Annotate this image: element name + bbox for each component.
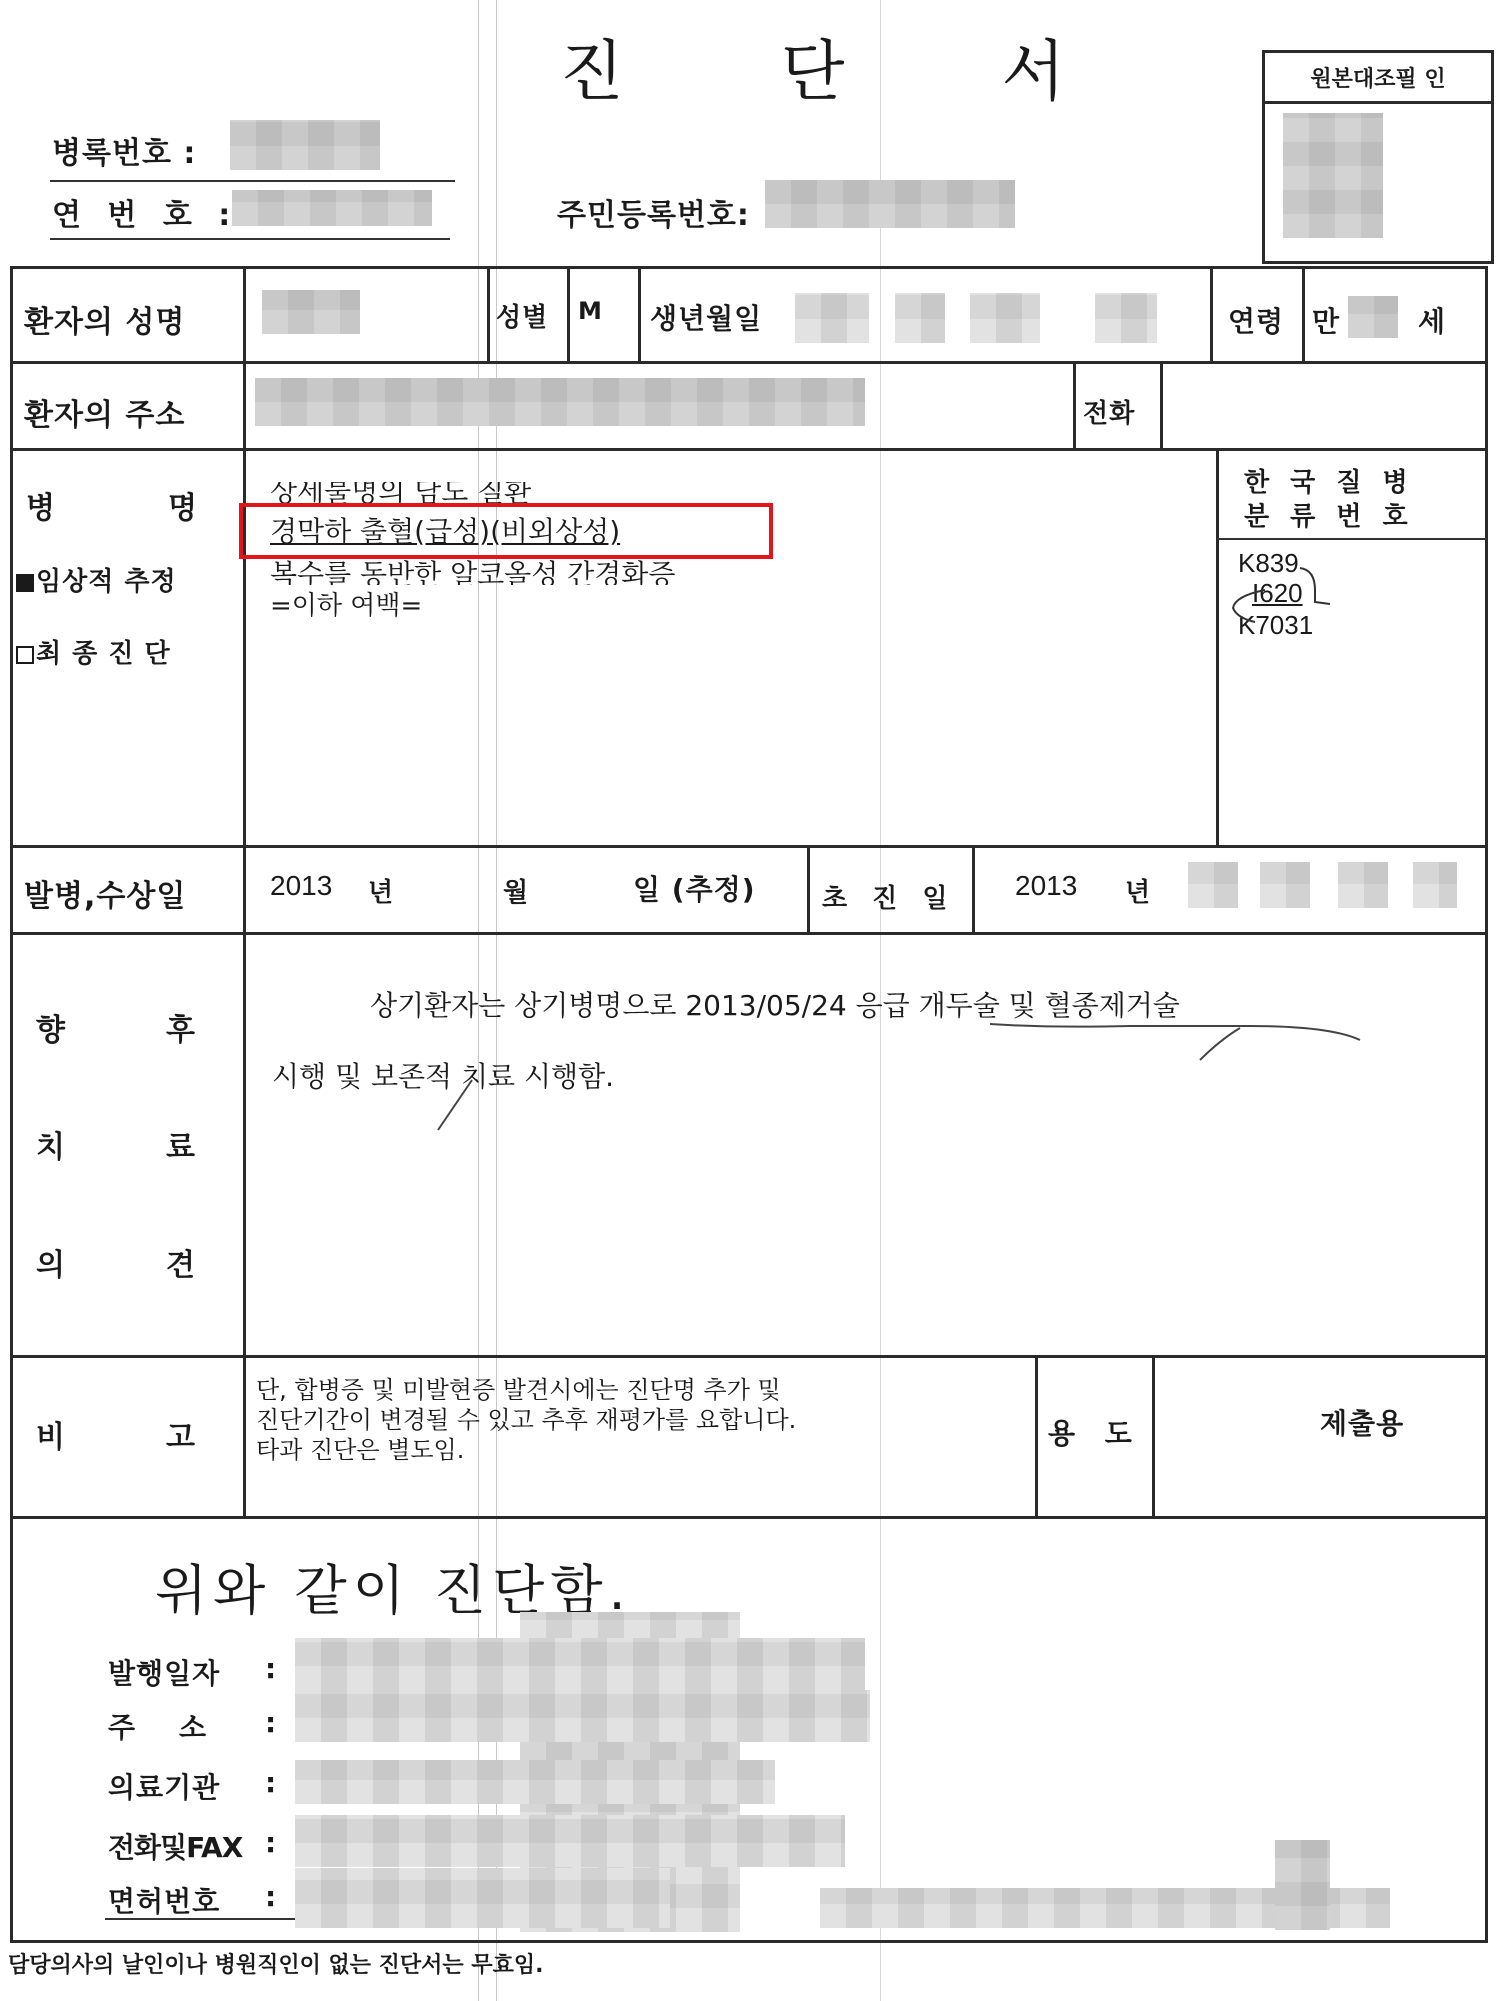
label-char: 비 <box>36 1412 66 1456</box>
sex-label: 성별 <box>496 297 548 334</box>
handwritten-bracket-mark <box>1215 560 1345 630</box>
table-border <box>10 1516 1488 1519</box>
table-border <box>10 266 1488 269</box>
table-divider <box>567 266 570 362</box>
first-visit-year: 2013 <box>1015 870 1077 902</box>
label-char: 후 <box>166 1005 196 1049</box>
table-divider <box>1216 448 1219 846</box>
colon: : <box>265 1826 277 1859</box>
unchecked-checkbox-icon[interactable] <box>16 646 34 664</box>
treatment-opinion-line1: 상기환자는 상기병명으로 2013/05/24 응급 개두술 및 혈종제거술 <box>370 984 1180 1024</box>
onset-year: 2013 <box>270 870 332 902</box>
table-border <box>10 266 13 1942</box>
age-prefix: 만 <box>1312 300 1340 340</box>
label-char: 치 <box>36 1122 66 1166</box>
colon: : <box>265 1652 277 1685</box>
table-border <box>10 448 1488 451</box>
onset-month-unit: 월 <box>503 872 529 909</box>
address-redacted <box>295 1690 870 1742</box>
table-divider <box>1152 1355 1155 1517</box>
patient-name-redacted <box>262 290 360 334</box>
remarks-line3: 타과 진단은 별도임. <box>256 1430 464 1465</box>
table-divider <box>243 266 246 1516</box>
treatment-label-row1: 향후 <box>36 1005 196 1049</box>
remarks-label: 비고 <box>36 1412 196 1456</box>
diagnosis-highlight-box <box>239 503 773 559</box>
age-suffix: 세 <box>1418 300 1446 340</box>
kcd-header-line1: 한 국 질 병 <box>1244 462 1414 499</box>
underline <box>50 238 450 240</box>
age-redacted <box>1348 296 1398 338</box>
first-visit-date-redacted <box>1188 862 1238 908</box>
phone-fax-redacted <box>295 1815 845 1867</box>
onset-date-label: 발병,수상일 <box>24 871 186 915</box>
birthdate-redacted <box>795 293 869 343</box>
institution-redacted <box>295 1760 775 1804</box>
footer-validity-note: 담당의사의 날인이나 병원직인이 없는 진단서는 무효임. <box>8 1948 543 1979</box>
colon: : <box>265 1706 277 1739</box>
disease-name-label: 병명 <box>26 483 198 527</box>
first-visit-label: 초 진 일 <box>822 878 955 915</box>
disease-name-label-left: 병 <box>26 483 56 527</box>
birthdate-label: 생년월일 <box>650 297 762 337</box>
table-border <box>10 845 1488 848</box>
clinical-estimate-label: 임상적 추정 <box>36 567 177 597</box>
table-border <box>10 932 1488 935</box>
table-divider <box>1035 1355 1038 1517</box>
label-char: 료 <box>166 1122 196 1166</box>
onset-day-unit: 일 (추정) <box>633 868 756 908</box>
table-divider <box>1160 361 1163 449</box>
birthdate-redacted <box>970 293 1040 343</box>
serial-number-label: 연 번 호 : <box>52 190 238 234</box>
first-visit-date-redacted <box>1338 862 1388 908</box>
stamp-box-label: 원본대조필 인 <box>1265 53 1491 104</box>
resident-number-label: 주민등록번호: <box>557 190 750 234</box>
address-label: 주 소 <box>108 1706 207 1746</box>
table-border <box>1485 266 1488 1942</box>
table-border <box>10 1940 1488 1943</box>
table-divider <box>807 845 810 933</box>
clinical-estimate-option[interactable]: 임상적 추정 <box>16 561 177 598</box>
usage-label: 용 도 <box>1048 1412 1142 1452</box>
final-diagnosis-label: 최 종 진 단 <box>36 639 171 669</box>
first-visit-year-unit: 년 <box>1125 872 1151 909</box>
onset-year-unit: 년 <box>368 872 394 909</box>
colon: : <box>265 1880 277 1913</box>
phone-label: 전화 <box>1083 393 1135 430</box>
treatment-label-row3: 의견 <box>36 1240 196 1284</box>
label-char: 견 <box>166 1240 196 1284</box>
underline <box>105 1918 295 1920</box>
first-visit-date-redacted <box>1413 862 1457 908</box>
original-verification-stamp-box: 원본대조필 인 <box>1262 50 1494 264</box>
age-label: 연령 <box>1228 300 1284 340</box>
table-divider <box>972 845 975 933</box>
ward-number-value-redacted <box>230 120 380 170</box>
table-divider <box>1073 361 1076 449</box>
colon: : <box>265 1766 277 1799</box>
issue-date-label: 발행일자 <box>108 1652 220 1692</box>
birthdate-redacted <box>1095 293 1157 343</box>
handwritten-underline-marks <box>430 1020 1370 1140</box>
table-divider <box>487 266 490 362</box>
birthdate-redacted <box>895 293 945 343</box>
table-border <box>10 361 1488 364</box>
issue-date-redacted <box>295 1638 865 1690</box>
disease-name-label-right: 명 <box>168 483 198 527</box>
document-title: 진 단 서 <box>560 18 1133 113</box>
treatment-label-row2: 치료 <box>36 1122 196 1166</box>
kcd-header-line2: 분 류 번 호 <box>1244 496 1414 533</box>
table-divider <box>1210 266 1213 362</box>
table-border <box>10 1355 1488 1358</box>
patient-address-redacted <box>255 378 865 426</box>
institution-label: 의료기관 <box>108 1766 220 1806</box>
serial-number-value-redacted <box>232 190 432 226</box>
ward-number-label: 병록번호 : <box>52 128 196 172</box>
phone-fax-label: 전화및FAX <box>108 1826 242 1866</box>
underline <box>50 180 455 182</box>
doctor-seal-redacted <box>1275 1840 1330 1930</box>
license-number-redacted <box>295 1868 670 1928</box>
stamp-redacted <box>1283 113 1383 238</box>
patient-address-label: 환자의 주소 <box>24 390 185 434</box>
label-char: 의 <box>36 1240 66 1284</box>
license-number-label: 면허번호 <box>108 1880 220 1920</box>
resident-number-value-redacted <box>765 180 1015 228</box>
table-divider <box>1302 266 1305 362</box>
usage-value: 제출용 <box>1320 1402 1404 1442</box>
label-char: 고 <box>166 1412 196 1456</box>
sex-value: M <box>578 297 603 325</box>
patient-name-label: 환자의 성명 <box>24 297 185 341</box>
table-divider <box>638 266 641 362</box>
diagnosis-line-4: =이하 여백= <box>270 585 422 622</box>
table-divider <box>1216 538 1488 540</box>
label-char: 향 <box>36 1005 66 1049</box>
final-diagnosis-option[interactable]: 최 종 진 단 <box>16 633 171 670</box>
checked-checkbox-icon[interactable] <box>16 574 34 592</box>
first-visit-date-redacted <box>1260 862 1310 908</box>
